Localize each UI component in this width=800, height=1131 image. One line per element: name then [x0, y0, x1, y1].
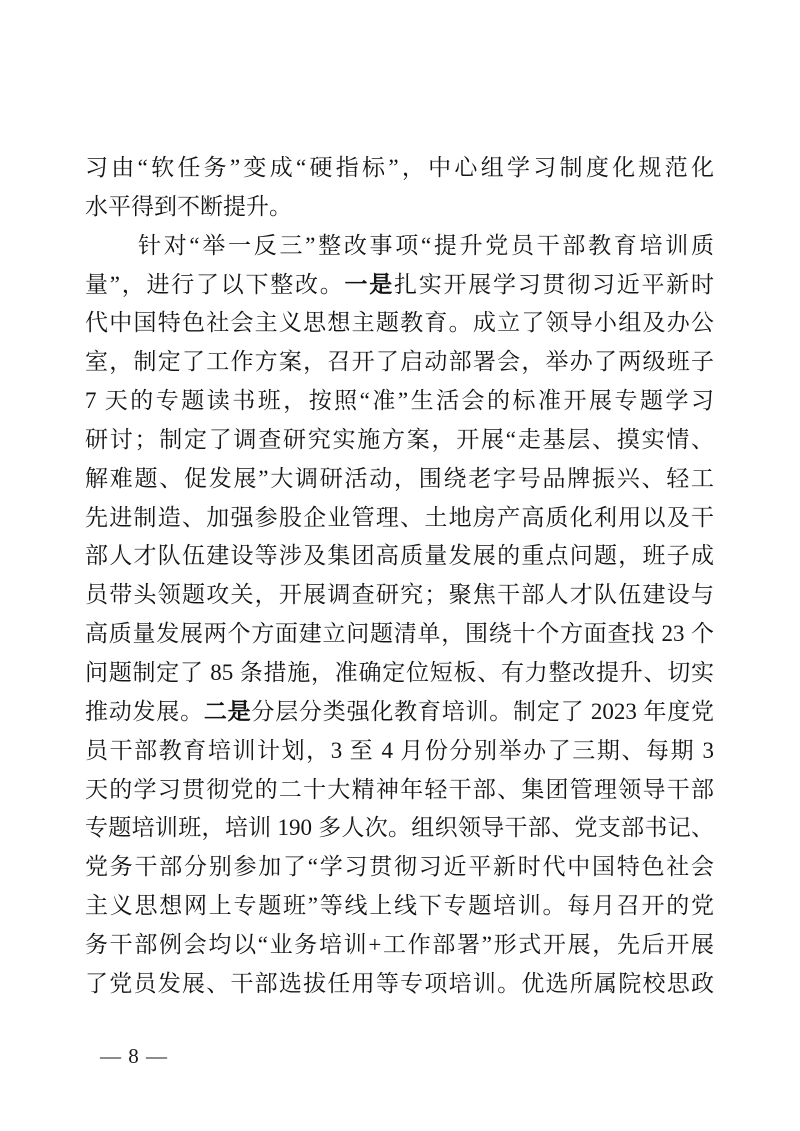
text-line: 解难题、促发展”大调研活动，围绕老字号品牌振兴、轻工	[85, 460, 714, 499]
text-line: 员带头领题攻关，开展调查研究；聚焦干部人才队伍建设与	[85, 576, 714, 615]
text-segment: 扎实开展学习贯彻习近平新时	[394, 272, 714, 297]
text-segment: 针对“举一反三”整改事项“提升党员干部教育培训质	[138, 233, 714, 258]
text-line: 天的学习贯彻党的二十大精神年轻干部、集团管理领导干部	[85, 771, 714, 810]
text-line: 先进制造、加强参股企业管理、土地房产高质化利用以及干	[85, 499, 714, 538]
text-segment: 问题制定了 85 条措施，准确定位短板、有力整改提升、切实	[85, 660, 714, 685]
text-segment: 分层分类强化教育培训。制定了 2023 年度党	[251, 699, 714, 724]
text-segment: 员带头领题攻关，开展调查研究；聚焦干部人才队伍建设与	[85, 582, 714, 607]
text-segment: 先进制造、加强参股企业管理、土地房产高质化利用以及干	[85, 505, 714, 530]
text-line: 水平得到不断提升。	[85, 188, 714, 227]
text-segment: 务干部例会均以“业务培训+工作部署”形式开展，先后开展	[85, 932, 714, 957]
text-line: 习由“软任务”变成“硬指标”，中心组学习制度化规范化	[85, 149, 714, 188]
text-segment: 员干部教育培训计划，3 至 4 月份分别举办了三期、每期 3	[85, 738, 714, 763]
text-line: 代中国特色社会主义思想主题教育。成立了领导小组及办公	[85, 304, 714, 343]
text-segment: 部人才队伍建设等涉及集团高质量发展的重点问题，班子成	[85, 543, 714, 568]
text-line: 室，制定了工作方案，召开了启动部署会，举办了两级班子	[85, 343, 714, 382]
text-line: 党务干部分别参加了“学习贯彻习近平新时代中国特色社会	[85, 848, 714, 887]
text-line: 务干部例会均以“业务培训+工作部署”形式开展，先后开展	[85, 926, 714, 965]
text-line: 高质量发展两个方面建立问题清单，围绕十个方面查找 23 个	[85, 615, 714, 654]
text-line: 员干部教育培训计划，3 至 4 月份分别举办了三期、每期 3	[85, 732, 714, 771]
document-page: 习由“软任务”变成“硬指标”，中心组学习制度化规范化水平得到不断提升。针对“举一…	[0, 0, 800, 1131]
text-line: 专题培训班，培训 190 多人次。组织领导干部、党支部书记、	[85, 809, 714, 848]
text-segment: 推动发展。	[85, 699, 204, 724]
text-line: 7 天的专题读书班，按照“准”生活会的标准开展专题学习	[85, 382, 714, 421]
text-line: 了党员发展、干部选拔任用等专项培训。优选所属院校思政	[85, 965, 714, 1004]
text-segment: 习由“软任务”变成“硬指标”，中心组学习制度化规范化	[85, 155, 714, 180]
bold-text-segment: 二是	[204, 699, 252, 724]
text-segment: 专题培训班，培训 190 多人次。组织领导干部、党支部书记、	[85, 815, 714, 840]
text-line: 问题制定了 85 条措施，准确定位短板、有力整改提升、切实	[85, 654, 714, 693]
text-segment: 主义思想网上专题班”等线上线下专题培训。每月召开的党	[85, 893, 714, 918]
page-number: — 8 —	[100, 1044, 168, 1069]
document-body: 习由“软任务”变成“硬指标”，中心组学习制度化规范化水平得到不断提升。针对“举一…	[85, 149, 714, 1004]
text-segment: 研讨；制定了调查研究实施方案，开展“走基层、摸实情、	[85, 427, 714, 452]
text-line: 针对“举一反三”整改事项“提升党员干部教育培训质	[85, 227, 714, 266]
text-segment: 解难题、促发展”大调研活动，围绕老字号品牌振兴、轻工	[85, 466, 714, 491]
text-segment: 高质量发展两个方面建立问题清单，围绕十个方面查找 23 个	[85, 621, 714, 646]
text-segment: 代中国特色社会主义思想主题教育。成立了领导小组及办公	[85, 310, 714, 335]
text-segment: 天的学习贯彻党的二十大精神年轻干部、集团管理领导干部	[85, 777, 714, 802]
text-segment: 了党员发展、干部选拔任用等专项培训。优选所属院校思政	[85, 971, 714, 996]
text-line: 主义思想网上专题班”等线上线下专题培训。每月召开的党	[85, 887, 714, 926]
bold-text-segment: 一是	[344, 272, 394, 297]
text-line: 部人才队伍建设等涉及集团高质量发展的重点问题，班子成	[85, 537, 714, 576]
text-line: 量”，进行了以下整改。一是扎实开展学习贯彻习近平新时	[85, 266, 714, 305]
text-segment: 党务干部分别参加了“学习贯彻习近平新时代中国特色社会	[85, 854, 714, 879]
text-line: 研讨；制定了调查研究实施方案，开展“走基层、摸实情、	[85, 421, 714, 460]
text-segment: 7 天的专题读书班，按照“准”生活会的标准开展专题学习	[85, 388, 714, 413]
text-line: 推动发展。二是分层分类强化教育培训。制定了 2023 年度党	[85, 693, 714, 732]
text-segment: 水平得到不断提升。	[85, 194, 292, 219]
text-segment: 量”，进行了以下整改。	[85, 272, 344, 297]
text-segment: 室，制定了工作方案，召开了启动部署会，举办了两级班子	[85, 349, 714, 374]
